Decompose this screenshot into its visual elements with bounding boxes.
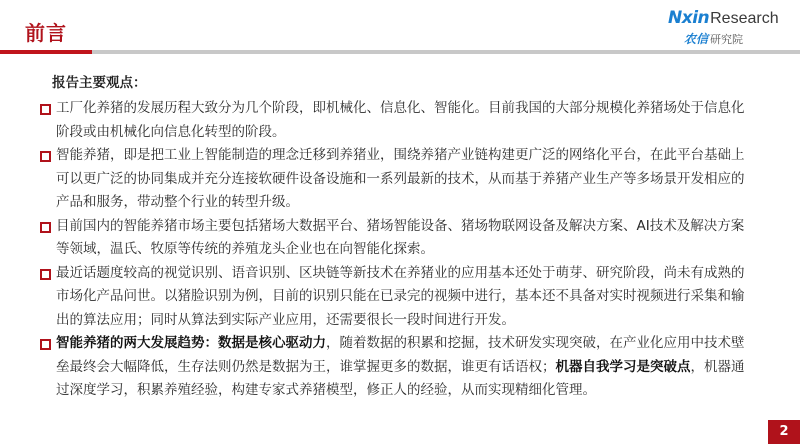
square-bullet-icon — [40, 339, 51, 350]
square-bullet-icon — [40, 151, 51, 162]
bullet-item: 智能养猪，即是把工业上智能制造的理念迁移到养猪业，围绕养猪产业链构建更广泛的网络… — [40, 144, 754, 215]
key-points-section: 报告主要观点： 工厂化养猪的发展历程大致分为几个阶段，即机械化、信息化、智能化。… — [52, 73, 782, 403]
slide-title: 前言 — [25, 17, 67, 46]
bullet-item: 目前国内的智能养猪市场主要包括猪场大数据平台、猪场智能设备、猪场物联网设备及解决… — [40, 215, 754, 262]
logo-suffix-cn: 研究院 — [710, 33, 743, 46]
logo-brand-en: Nxin — [668, 8, 709, 28]
logo-brand-cn: 农信 — [684, 32, 708, 46]
square-bullet-icon — [40, 269, 51, 280]
header-divider — [0, 50, 800, 54]
bullet-text: 最近话题度较高的视觉识别、语音识别、区块链等新技术在养猪业的应用基本还处于萌芽、… — [54, 262, 754, 333]
nxin-research-logo: NxinResearch 农信研究院 — [668, 8, 796, 42]
square-bullet-icon — [40, 222, 51, 233]
bullet-text: 智能养猪，即是把工业上智能制造的理念迁移到养猪业，围绕养猪产业链构建更广泛的网络… — [54, 144, 754, 215]
section-heading: 报告主要观点： — [52, 73, 782, 93]
page-number-badge: 2 — [768, 420, 800, 444]
bullet-item: 智能养猪的两大发展趋势：数据是核心驱动力，随着数据的积累和挖掘，技术研发实现突破… — [40, 332, 754, 403]
bold-breakthrough-label: 机器自我学习是突破点 — [556, 359, 691, 375]
bullet-text: 工厂化养猪的发展历程大致分为几个阶段，即机械化、信息化、智能化。目前我国的大部分… — [54, 97, 754, 144]
bullet-text: 目前国内的智能养猪市场主要包括猪场大数据平台、猪场智能设备、猪场物联网设备及解决… — [54, 215, 754, 262]
bullet-text: 智能养猪的两大发展趋势：数据是核心驱动力，随着数据的积累和挖掘，技术研发实现突破… — [54, 332, 754, 403]
header-divider-accent — [0, 50, 92, 54]
logo-suffix-en: Research — [710, 10, 778, 27]
square-bullet-icon — [40, 104, 51, 115]
bullet-item: 最近话题度较高的视觉识别、语音识别、区块链等新技术在养猪业的应用基本还处于萌芽、… — [40, 262, 754, 333]
bullet-item: 工厂化养猪的发展历程大致分为几个阶段，即机械化、信息化、智能化。目前我国的大部分… — [40, 97, 754, 144]
bold-trend-label: 智能养猪的两大发展趋势：数据是核心驱动力 — [56, 335, 326, 351]
